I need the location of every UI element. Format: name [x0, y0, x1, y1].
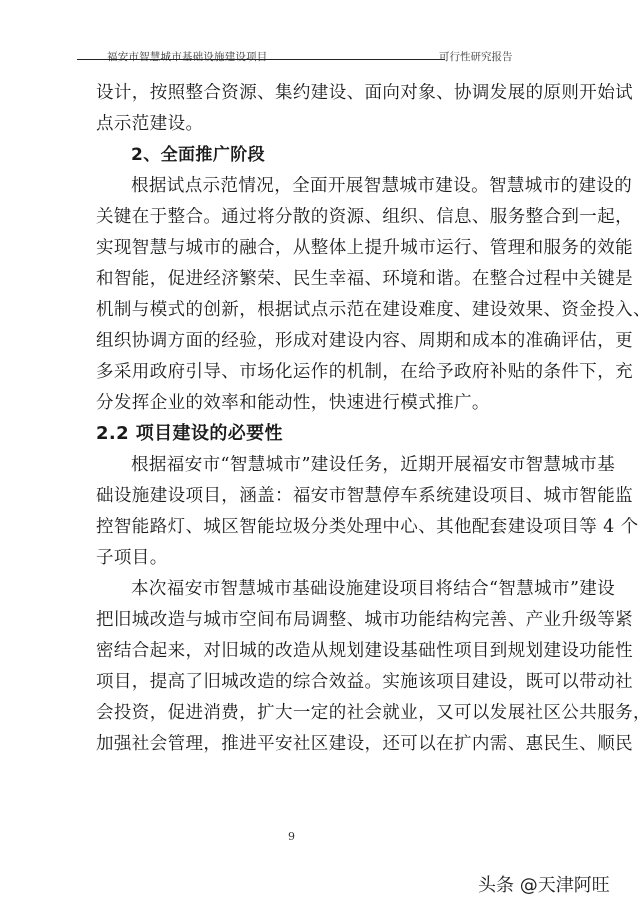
document-body: 设计，按照整合资源、集约建设、面向对象、协调发展的原则开始试 点示范建设。 2、… — [96, 79, 516, 761]
paragraph-line: 根据试点示范情况，全面开展智慧城市建设。智慧城市的建设的 — [96, 172, 516, 203]
paragraph-line: 密结合起来，对旧城的改造从规划建设基础性项目到规划建设功能性 — [96, 637, 516, 668]
paragraph-line: 本次福安市智慧城市基础设施建设项目将结合“智慧城市”建设 — [96, 575, 516, 606]
paragraph-line: 和智能，促进经济繁荣、民生幸福、环境和谐。在整合过程中关键是 — [96, 265, 516, 296]
paragraph-line: 础设施建设项目，涵盖：福安市智慧停车系统建设项目、城市智能监 — [96, 482, 516, 513]
paragraph-line: 设计，按照整合资源、集约建设、面向对象、协调发展的原则开始试 — [96, 79, 516, 110]
paragraph-line: 多采用政府引导、市场化运作的机制，在给予政府补贴的条件下，充 — [96, 358, 516, 389]
paragraph-line: 实现智慧与城市的融合，从整体上提升城市运行、管理和服务的效能 — [96, 234, 516, 265]
paragraph-line: 把旧城改造与城市空间布局调整、城市功能结构完善、产业升级等紧 — [96, 606, 516, 637]
header-report-type: 可行性研究报告 — [439, 49, 513, 64]
paragraph-line: 子项目。 — [96, 544, 516, 575]
paragraph-line: 分发挥企业的效率和能动性，快速进行模式推广。 — [96, 389, 516, 420]
paragraph-line: 会投资，促进消费，扩大一定的社会就业，又可以发展社区公共服务， — [96, 699, 516, 730]
section-heading-promotion-phase: 2、全面推广阶段 — [96, 141, 516, 172]
header-project-title: 福安市智慧城市基础设施建设项目 — [107, 49, 268, 64]
paragraph-line: 根据福安市“智慧城市”建设任务，近期开展福安市智慧城市基 — [96, 451, 516, 482]
paragraph-line: 项目，提高了旧城改造的综合效益。实施该项目建设，既可以带动社 — [96, 668, 516, 699]
paragraph-line: 组织协调方面的经验，形成对建设内容、周期和成本的准确评估，更 — [96, 327, 516, 358]
header-divider — [77, 59, 445, 60]
paragraph-line: 关键在于整合。通过将分散的资源、组织、信息、服务整合到一起， — [96, 203, 516, 234]
section-heading-necessity: 2.2 项目建设的必要性 — [96, 420, 516, 451]
paragraph-line: 机制与模式的创新，根据试点示范在建设难度、建设效果、资金投入、 — [96, 296, 516, 327]
paragraph-line: 控智能路灯、城区智能垃圾分类处理中心、其他配套建设项目等 4 个 — [96, 513, 516, 544]
watermark-text: 头条 @天津阿旺 — [478, 871, 610, 897]
paragraph-line: 点示范建设。 — [96, 110, 516, 141]
page-number: 9 — [288, 830, 295, 843]
paragraph-line: 加强社会管理，推进平安社区建设，还可以在扩内需、惠民生、顺民 — [96, 730, 516, 761]
